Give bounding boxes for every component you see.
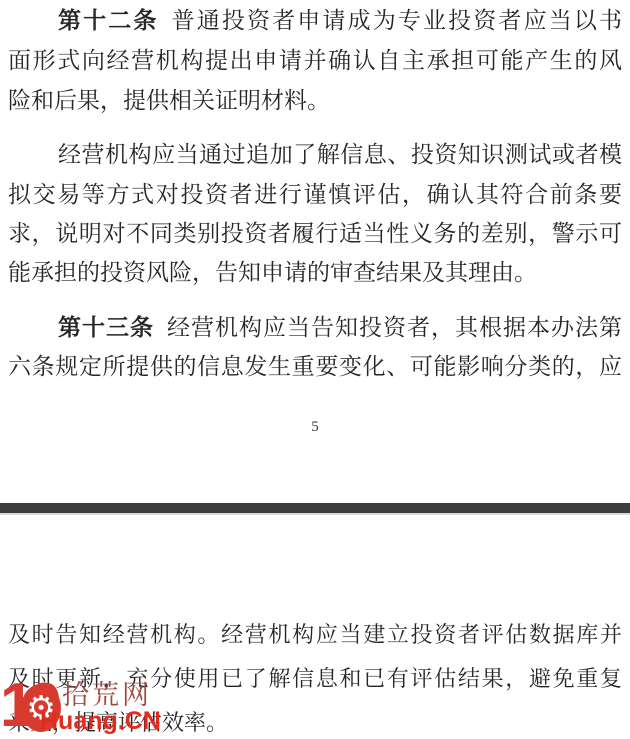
page-divider-bar bbox=[0, 503, 630, 515]
article-13-label: 第十三条 bbox=[58, 315, 154, 340]
paragraph-line: 及时告知经营机构。经营机构应当建立投资者评估数据库并 bbox=[8, 620, 622, 650]
paragraph-line: 面形式向经营机构提出申请并确认自主承担可能产生的风 bbox=[8, 46, 622, 76]
paragraph-line: 求，说明对不同类别投资者履行适当性义务的差别，警示可 bbox=[8, 219, 622, 249]
paragraph-line: 险和后果，提供相关证明材料。 bbox=[8, 86, 622, 116]
page-number: 5 bbox=[0, 419, 630, 436]
paragraph-line: 六条规定所提供的信息发生重要变化、可能影响分类的，应 bbox=[8, 352, 622, 382]
watermark-logo: 10 ⚙ 拾荒网 Huang.CN bbox=[0, 676, 190, 739]
paragraph-line: 能承担的投资风险，告知申请的审查结果及其理由。 bbox=[8, 258, 622, 288]
watermark-site-name: 拾荒网 bbox=[62, 680, 152, 710]
paragraph-line: 经营机构应当通过追加了解信息、投资知识测试或者模 bbox=[8, 140, 622, 170]
line-text: 经营机构应当通过追加了解信息、投资知识测试或者模 bbox=[58, 142, 622, 167]
line-text: 能承担的投资风险，告知申请的审查结果及其理由。 bbox=[8, 260, 537, 285]
paragraph-line: 拟交易等方式对投资者进行谨慎评估，确认其符合前条要 bbox=[8, 180, 622, 210]
line-text: 及时告知经营机构。经营机构应当建立投资者评估数据库并 bbox=[8, 622, 622, 647]
line-text: 险和后果，提供相关证明材料。 bbox=[8, 88, 330, 113]
line-text: 经营机构应当告知投资者，其根据本办法第 bbox=[167, 315, 622, 340]
paragraph-line: 第十三条经营机构应当告知投资者，其根据本办法第 bbox=[8, 313, 622, 343]
line-text: 六条规定所提供的信息发生重要变化、可能影响分类的，应 bbox=[8, 354, 622, 379]
watermark-site-domain: Huang.CN bbox=[40, 708, 161, 735]
line-text: 求，说明对不同类别投资者履行适当性义务的差别，警示可 bbox=[8, 221, 622, 246]
paragraph-line: 第十二条普通投资者申请成为专业投资者应当以书 bbox=[8, 6, 622, 36]
line-text: 面形式向经营机构提出申请并确认自主承担可能产生的风 bbox=[8, 48, 622, 73]
line-text: 普通投资者申请成为专业投资者应当以书 bbox=[172, 8, 622, 33]
line-text: 拟交易等方式对投资者进行谨慎评估，确认其符合前条要 bbox=[8, 182, 622, 207]
article-12-label: 第十二条 bbox=[58, 8, 159, 33]
